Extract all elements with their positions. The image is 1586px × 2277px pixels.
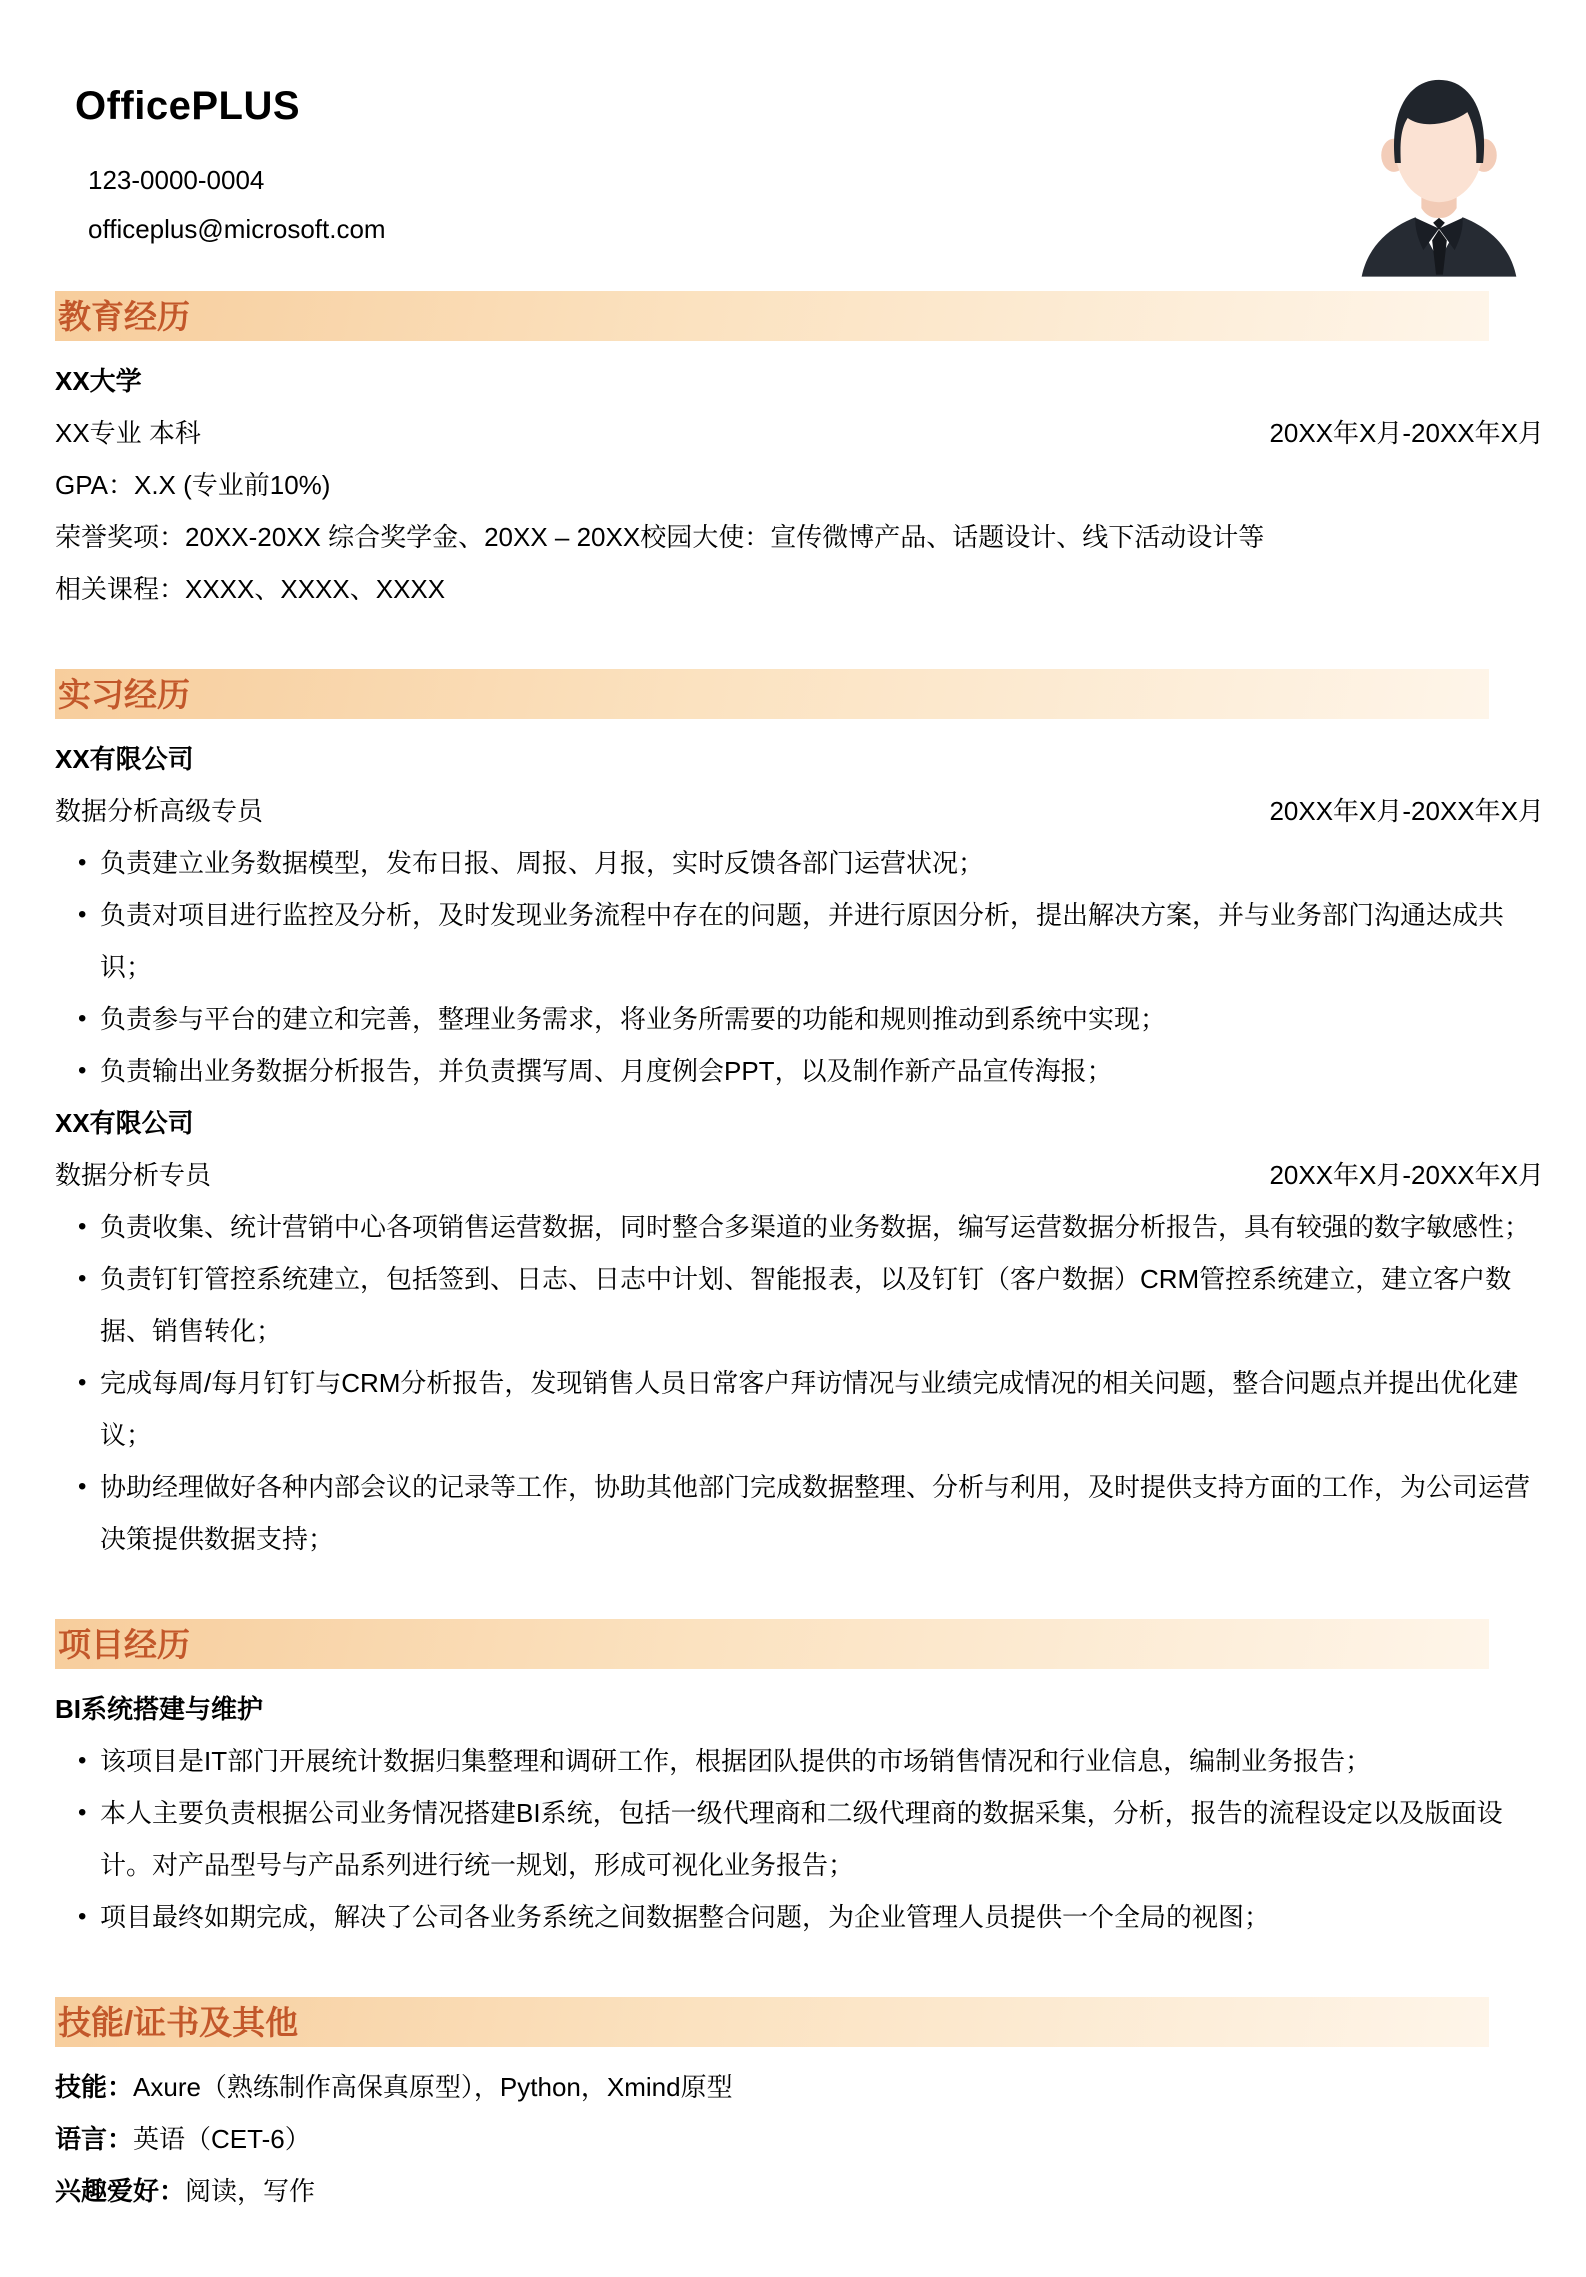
section-internship: 实习经历 XX有限公司 数据分析高级专员 20XX年X月-20XX年X月 负责建… [55, 669, 1544, 1565]
bullet-item: 负责收集、统计营销中心各项销售运营数据，同时整合多渠道的业务数据，编写运营数据分… [78, 1201, 1544, 1253]
section-projects: 项目经历 BI系统搭建与维护 该项目是IT部门开展统计数据归集整理和调研工作，根… [55, 1619, 1544, 1943]
male-portrait-icon [1346, 52, 1532, 278]
internship-section-title: 实习经历 [58, 678, 190, 711]
language-value: 英语（CET-6） [133, 2124, 311, 2154]
bullet-item: 该项目是IT部门开展统计数据归集整理和调研工作，根据团队提供的市场销售情况和行业… [78, 1735, 1544, 1787]
skills-value: Axure（熟练制作高保真原型），Python，Xmind原型 [133, 2072, 733, 2102]
skills-section-title: 技能/证书及其他 [58, 2006, 298, 2039]
bullet-item: 负责对项目进行监控及分析，及时发现业务流程中存在的问题，并进行原因分析，提出解决… [78, 889, 1544, 993]
internship-job-1: XX有限公司 数据分析高级专员 20XX年X月-20XX年X月 负责建立业务数据… [55, 733, 1544, 1097]
project-name: BI系统搭建与维护 [55, 1683, 1544, 1735]
degree-row: XX专业 本科 20XX年X月-20XX年X月 [55, 407, 1544, 459]
degree-text: XX专业 本科 [55, 407, 201, 459]
email-text: officeplus@microsoft.com [88, 214, 1544, 245]
hobby-label: 兴趣爱好： [55, 2176, 185, 2206]
avatar [1346, 52, 1532, 278]
internship-section-header: 实习经历 [55, 669, 1489, 719]
internship-job-2: XX有限公司 数据分析专员 20XX年X月-20XX年X月 负责收集、统计营销中… [55, 1097, 1544, 1565]
honors-text: 荣誉奖项：20XX-20XX 综合奖学金、20XX – 20XX校园大使：宣传微… [55, 511, 1544, 563]
skills-section-header: 技能/证书及其他 [55, 1997, 1489, 2047]
job-date: 20XX年X月-20XX年X月 [1269, 1149, 1544, 1201]
resume-page: OfficePLUS 123-0000-0004 officeplus@micr… [0, 0, 1586, 2277]
language-label: 语言： [55, 2124, 133, 2154]
school-name: XX大学 [55, 355, 1544, 407]
projects-section-header: 项目经历 [55, 1619, 1489, 1669]
bullet-item: 负责参与平台的建立和完善，整理业务需求，将业务所需要的功能和规则推动到系统中实现… [78, 993, 1544, 1045]
bullet-item: 项目最终如期完成，解决了公司各业务系统之间数据整合问题，为企业管理人员提供一个全… [78, 1891, 1544, 1943]
hobby-line: 兴趣爱好：阅读，写作 [55, 2165, 1544, 2217]
section-education: 教育经历 XX大学 XX专业 本科 20XX年X月-20XX年X月 GPA：X.… [55, 291, 1544, 615]
brand-name: OfficePLUS [75, 84, 1544, 129]
project-bullet-list: 该项目是IT部门开展统计数据归集整理和调研工作，根据团队提供的市场销售情况和行业… [55, 1735, 1544, 1943]
job-bullet-list: 负责收集、统计营销中心各项销售运营数据，同时整合多渠道的业务数据，编写运营数据分… [55, 1201, 1544, 1565]
bullet-item: 完成每周/每月钉钉与CRM分析报告，发现销售人员日常客户拜访情况与业绩完成情况的… [78, 1357, 1544, 1461]
role-row: 数据分析专员 20XX年X月-20XX年X月 [55, 1149, 1544, 1201]
section-skills: 技能/证书及其他 技能：Axure（熟练制作高保真原型），Python，Xmin… [55, 1997, 1544, 2217]
hobby-value: 阅读，写作 [185, 2176, 315, 2206]
role-text: 数据分析高级专员 [55, 785, 263, 837]
bullet-item: 负责输出业务数据分析报告，并负责撰写周、月度例会PPT，以及制作新产品宣传海报； [78, 1045, 1544, 1097]
gpa-text: GPA：X.X (专业前10%) [55, 459, 1544, 511]
phone-text: 123-0000-0004 [88, 165, 1544, 196]
resume-header: OfficePLUS 123-0000-0004 officeplus@micr… [55, 84, 1544, 245]
role-text: 数据分析专员 [55, 1149, 211, 1201]
role-row: 数据分析高级专员 20XX年X月-20XX年X月 [55, 785, 1544, 837]
company-name: XX有限公司 [55, 733, 1544, 785]
courses-text: 相关课程：XXXX、XXXX、XXXX [55, 563, 1544, 615]
education-section-title: 教育经历 [58, 300, 190, 333]
job-date: 20XX年X月-20XX年X月 [1269, 785, 1544, 837]
skills-line: 技能：Axure（熟练制作高保真原型），Python，Xmind原型 [55, 2061, 1544, 2113]
company-name: XX有限公司 [55, 1097, 1544, 1149]
job-bullet-list: 负责建立业务数据模型，发布日报、周报、月报，实时反馈各部门运营状况； 负责对项目… [55, 837, 1544, 1097]
education-date: 20XX年X月-20XX年X月 [1269, 407, 1544, 459]
projects-section-title: 项目经历 [58, 1628, 190, 1661]
bullet-item: 负责钉钉管控系统建立，包括签到、日志、日志中计划、智能报表，以及钉钉（客户数据）… [78, 1253, 1544, 1357]
skills-label: 技能： [55, 2072, 133, 2102]
bullet-item: 负责建立业务数据模型，发布日报、周报、月报，实时反馈各部门运营状况； [78, 837, 1544, 889]
education-section-header: 教育经历 [55, 291, 1489, 341]
bullet-item: 协助经理做好各种内部会议的记录等工作，协助其他部门完成数据整理、分析与利用，及时… [78, 1461, 1544, 1565]
bullet-item: 本人主要负责根据公司业务情况搭建BI系统，包括一级代理商和二级代理商的数据采集，… [78, 1787, 1544, 1891]
language-line: 语言：英语（CET-6） [55, 2113, 1544, 2165]
